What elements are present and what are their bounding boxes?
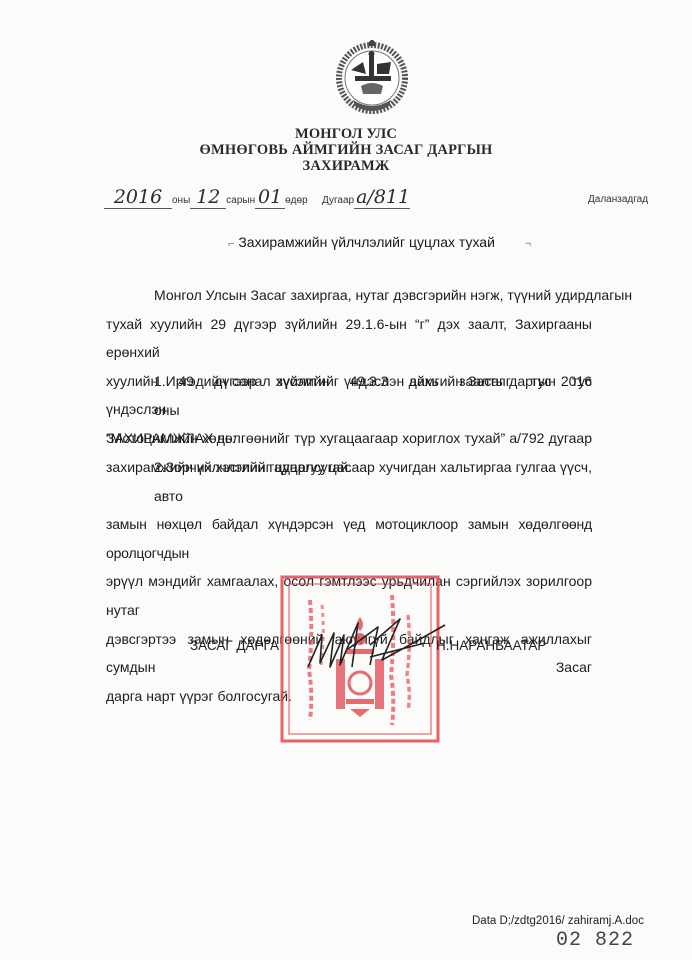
place: Даланзадгад <box>588 194 648 205</box>
date-year: 2016 <box>104 186 172 209</box>
date-month: 12 <box>190 186 226 209</box>
header-doc-type: ЗАХИРАМЖ <box>0 158 692 175</box>
date-line: 2016оны12сарын01өдөр <box>104 186 308 209</box>
open-bracket: ⌐ <box>228 238 234 250</box>
text-line: замын нөхцөл байдал хүндэрсэн үед мотоци… <box>106 510 592 567</box>
order-number: а/811 <box>354 186 410 209</box>
signature-title: ЗАСАГ ДАРГА <box>190 638 279 653</box>
close-bracket: ¬ <box>525 238 531 250</box>
order-number-line: Дугаара/811 <box>322 186 410 209</box>
file-path: Data D;/zdtg2016/ zahiramj.A.doc <box>472 915 644 927</box>
text-line: тухай хуулийн 29 дүгээр зүйлийн 29.1.6-ы… <box>106 310 592 367</box>
header-authority: ӨМНӨГОВЬ АЙМГИЙН ЗАСАГ ДАРГЫН <box>0 142 692 159</box>
month-label: сарын <box>226 195 255 206</box>
signature-name: Н.НАРАНБААТАР <box>436 638 546 653</box>
day-label: өдөр <box>285 195 308 206</box>
text-line: 2.Зорчих хэсгийн гадаргуу цасаар хучигда… <box>106 453 592 510</box>
date-day: 01 <box>255 186 285 209</box>
stamp-number: 02 822 <box>556 929 634 952</box>
state-emblem-icon <box>333 40 411 120</box>
number-label: Дугаар <box>322 195 354 206</box>
header-country: МОНГОЛ УЛС <box>0 126 692 143</box>
subject-line: ⌐ Захирамжийн үйлчлэлийг цуцлах тухай ¬ <box>228 234 531 250</box>
handwritten-signature <box>300 605 450 680</box>
text-line: 1.Иргэдийн санал хүсэлтийг үндэслэн аймг… <box>106 367 592 424</box>
year-label: оны <box>172 195 190 206</box>
subject-text: Захирамжийн үйлчлэлийг цуцлах тухай <box>238 234 495 250</box>
text-line: Монгол Улсын Засаг захиргаа, нутаг дэвсг… <box>106 281 592 310</box>
text-line: “Мотоциклийн хөдөлгөөнийг түр хугацаагаа… <box>106 424 592 453</box>
